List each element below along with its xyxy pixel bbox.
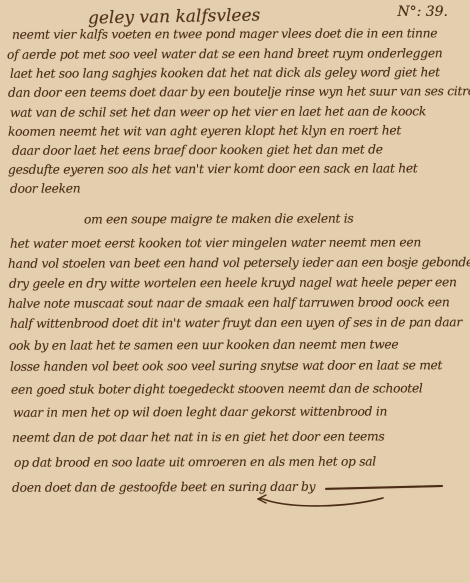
manuscript-line: dan door een teems doet daar by een bout… [8, 83, 456, 101]
manuscript-line: half wittenbrood doet dit in't water fru… [10, 314, 456, 332]
manuscript-line: dry geele en dry witte wortelen een heel… [9, 274, 456, 292]
flourish-swash-icon [255, 492, 385, 510]
manuscript-line: daar door laet het eens braef door kooke… [12, 141, 456, 159]
page-number: N°: 39. [397, 4, 448, 20]
manuscript-line: waar in men het op wil doen leght daar g… [13, 403, 456, 421]
manuscript-line: ook by en laat het te samen een uur kook… [9, 336, 456, 354]
manuscript-line: wat van de schil set het dan weer op het… [10, 103, 456, 121]
manuscript-line: neemt vier kalfs voeten en twee pond mag… [12, 25, 456, 43]
manuscript-line: losse handen vol beet ook soo veel surin… [10, 357, 456, 375]
manuscript-line: halve note muscaat sout naar de smaak ee… [8, 294, 456, 312]
manuscript-line: doen doet dan de gestoofde beet en surin… [12, 478, 456, 496]
flourish-line [325, 485, 443, 490]
manuscript-line: op dat brood en soo laate uit omroeren e… [14, 453, 456, 471]
manuscript-line: laet het soo lang saghjes kooken dat het… [10, 64, 456, 82]
manuscript-line: hand vol stoelen van beet een hand vol p… [8, 254, 456, 272]
manuscript-page: geley van kalfsvlees N°: 39. neemt vier … [0, 0, 470, 583]
manuscript-line: een goed stuk boter dight toegedeckt sto… [11, 380, 456, 398]
manuscript-line: door leeken [10, 179, 456, 197]
section-heading: om een soupe maigre te maken die exelent… [84, 211, 353, 228]
manuscript-line: neemt dan de pot daar het nat in is en g… [12, 428, 456, 446]
manuscript-line: of aerde pot met soo veel water dat se e… [7, 45, 456, 63]
manuscript-line: koomen neemt het wit van aght eyeren klo… [8, 122, 456, 140]
manuscript-line: gesdufte eyeren soo als het van't vier k… [8, 160, 456, 178]
manuscript-line: het water moet eerst kooken tot vier min… [10, 234, 456, 252]
